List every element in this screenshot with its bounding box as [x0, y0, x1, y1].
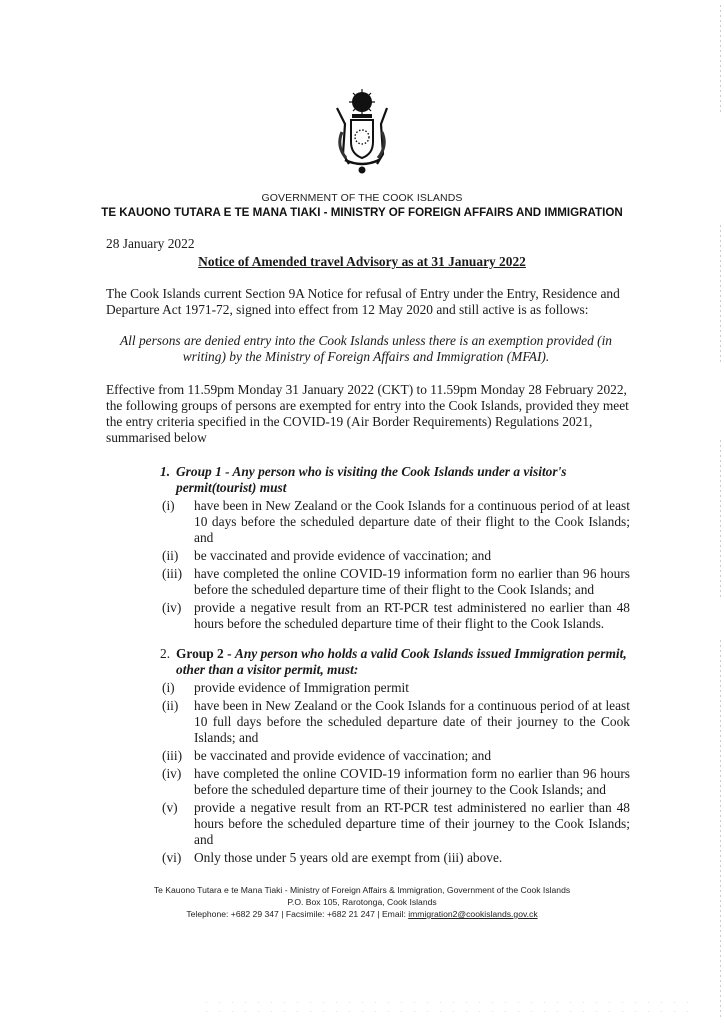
requirement-item: (v)provide a negative result from an RT-…	[160, 800, 630, 848]
scan-artifact	[720, 440, 721, 600]
footer-fax: Facsimile: +682 21 247	[286, 909, 375, 919]
footer-ministry-line: Te Kauono Tutara e te Mana Tiaki - Minis…	[0, 884, 724, 896]
group-heading: 1. Group 1 - Any person who is visiting …	[160, 464, 630, 496]
scan-artifact	[720, 5, 721, 115]
group-heading-text: Any person who holds a valid Cook Island…	[176, 646, 627, 677]
footer-address-line: P.O. Box 105, Rarotonga, Cook Islands	[0, 896, 724, 908]
footer-email-link[interactable]: immigration2@cookislands.gov.ck	[408, 909, 537, 919]
ministry-heading: TE KAUONO TUTARA E TE MANA TIAKI - MINIS…	[0, 206, 724, 219]
requirement-item: (i)have been in New Zealand or the Cook …	[160, 498, 630, 546]
requirement-item: (i)provide evidence of Immigration permi…	[160, 680, 630, 696]
requirement-item: (iii)have completed the online COVID-19 …	[160, 566, 630, 598]
effective-period-paragraph: Effective from 11.59pm Monday 31 January…	[106, 382, 631, 446]
document-page: GOVERNMENT OF THE COOK ISLANDS TE KAUONO…	[0, 0, 724, 1024]
letter-footer: Te Kauono Tutara e te Mana Tiaki - Minis…	[0, 884, 724, 920]
footer-telephone: Telephone: +682 29 347	[186, 909, 278, 919]
requirement-item: (iv)have completed the online COVID-19 i…	[160, 766, 630, 798]
scan-artifact	[720, 640, 721, 1020]
footer-email-label: Email:	[382, 909, 408, 919]
scan-noise	[200, 998, 700, 1020]
requirement-item: (iv)provide a negative result from an RT…	[160, 600, 630, 632]
group-number: 2.	[160, 646, 176, 678]
intro-paragraph: The Cook Islands current Section 9A Noti…	[106, 286, 626, 318]
requirement-item: (ii)be vaccinated and provide evidence o…	[160, 548, 630, 564]
requirement-list: (i)provide evidence of Immigration permi…	[160, 680, 630, 866]
group-label: Group 2 -	[176, 646, 235, 661]
entry-denial-quote: All persons are denied entry into the Co…	[106, 333, 626, 365]
requirement-item: (iii)be vaccinated and provide evidence …	[160, 748, 630, 764]
exemption-group-2: 2. Group 2 - Any person who holds a vali…	[160, 646, 630, 866]
exemption-group-1: 1. Group 1 - Any person who is visiting …	[160, 464, 630, 632]
requirement-list: (i)have been in New Zealand or the Cook …	[160, 498, 630, 632]
document-date: 28 January 2022	[106, 236, 195, 252]
notice-title: Notice of Amended travel Advisory as at …	[0, 254, 724, 270]
government-heading: GOVERNMENT OF THE COOK ISLANDS	[0, 192, 724, 204]
group-heading: 2. Group 2 - Any person who holds a vali…	[160, 646, 630, 678]
group-number: 1.	[160, 464, 176, 496]
scan-artifact	[720, 225, 721, 365]
group-heading-text: Any person who is visiting the Cook Isla…	[176, 464, 567, 495]
coat-of-arms-icon	[333, 88, 391, 176]
group-label: Group 1 -	[176, 464, 232, 479]
requirement-item: (ii)have been in New Zealand or the Cook…	[160, 698, 630, 746]
footer-contact-line: Telephone: +682 29 347 | Facsimile: +682…	[0, 908, 724, 920]
requirement-item: (vi)Only those under 5 years old are exe…	[160, 850, 630, 866]
